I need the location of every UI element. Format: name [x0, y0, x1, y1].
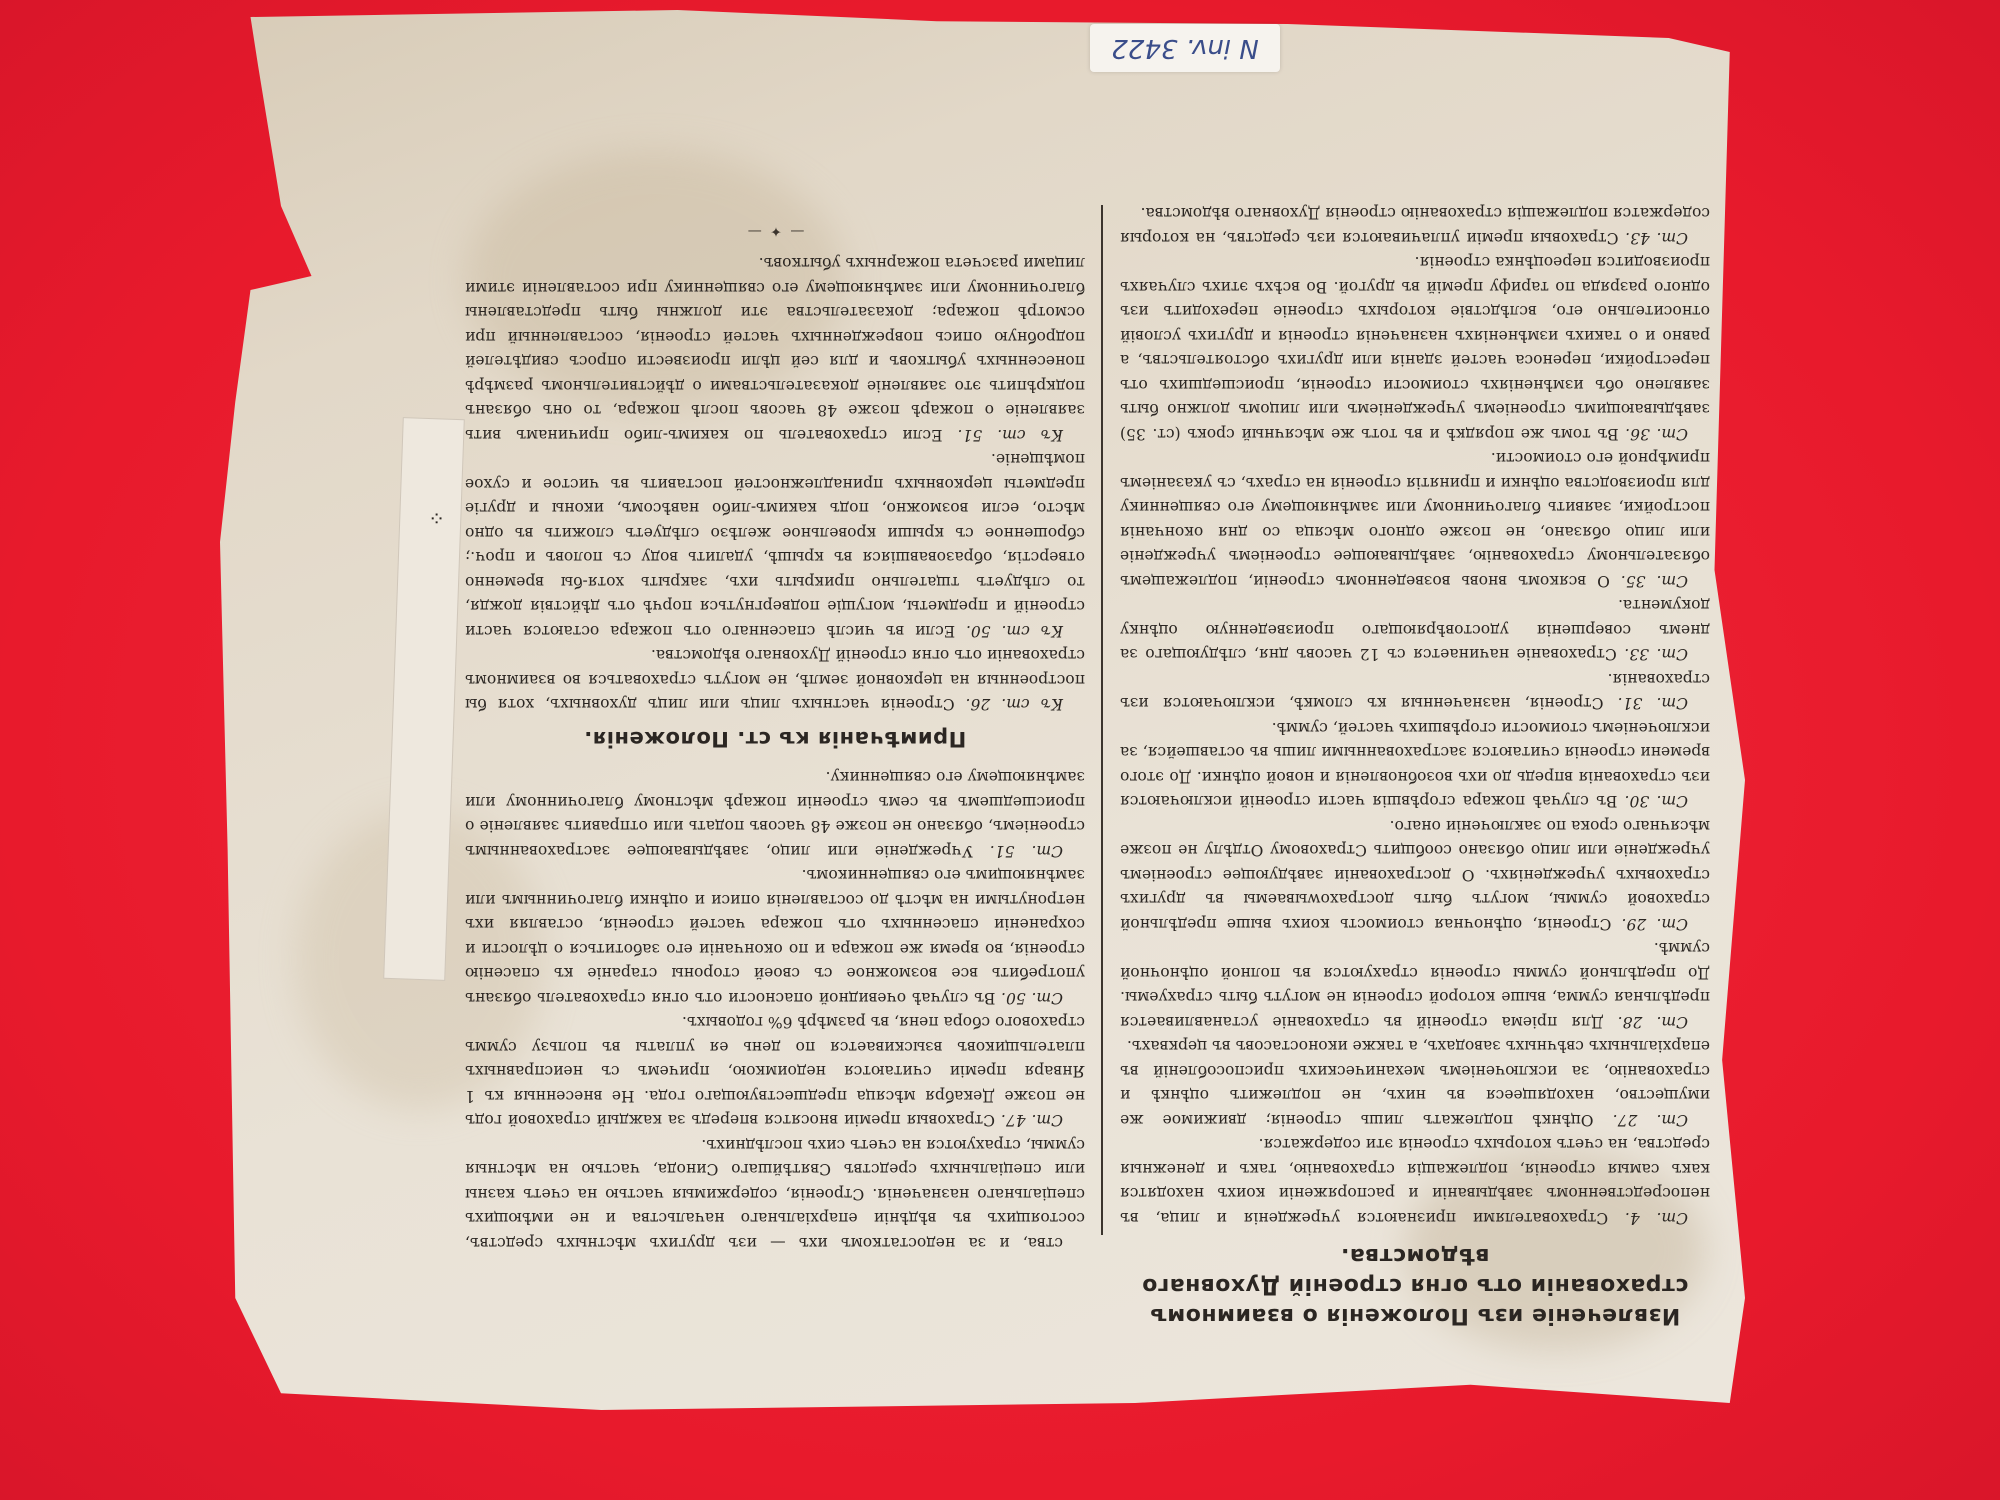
border-ornament-fragment: ⁘ — [428, 506, 445, 530]
article-text: Въ томъ же порядкѣ и въ тотъ же мѣсячный… — [1120, 254, 1710, 444]
column-articles: Извлеченіе изъ Положенія о взаимномъ стр… — [1120, 201, 1710, 1330]
article-paragraph: Ст. 35. О всякомъ вновь возведенномъ стр… — [1120, 446, 1710, 593]
article-paragraph: Ст. 47. Страховыя преміи вносятся вперед… — [465, 1010, 1085, 1133]
article-number: Ст. 31. — [1604, 695, 1688, 713]
article-number: Къ ст. 26. — [955, 696, 1063, 714]
articles-continued: ства, и за недостаткомъ ихъ — изъ других… — [465, 765, 1085, 1255]
articles-list: Ст. 4. Страхователями признаются учрежде… — [1120, 201, 1710, 1230]
article-number: Ст. 51. — [973, 842, 1063, 860]
notes-heading: Примѣчанія къ ст. Положенія. — [465, 727, 1085, 752]
article-paragraph: Ст. 43. Страховыя преміи уплачиваются из… — [1120, 201, 1710, 250]
article-text: Въ случаѣ очевидной опасности отъ огня с… — [465, 867, 1085, 1008]
article-number: Къ ст. 51. — [942, 426, 1063, 444]
column-notes: ства, и за недостаткомъ ихъ — изъ других… — [465, 219, 1085, 1256]
ornament-divider: — ✦ — — [465, 219, 1085, 244]
notes-list: Къ ст. 26. Строенія частныхъ лицъ или ли… — [465, 251, 1085, 717]
article-number: Ст. 43. — [1618, 229, 1688, 247]
article-paragraph: Ст. 28. Для пріема строеній въ страхован… — [1120, 936, 1710, 1034]
article-text: ства, и за недостаткомъ ихъ — изъ других… — [465, 1136, 1085, 1252]
article-number: Ст. 50. — [995, 989, 1063, 1007]
article-number: Къ ст. 50. — [955, 622, 1063, 640]
inventory-label: N inv. 3422 — [1090, 24, 1280, 72]
article-paragraph: Ст. 4. Страхователями признаются учрежде… — [1120, 1132, 1710, 1230]
article-paragraph: Къ ст. 26. Строенія частныхъ лицъ или ли… — [465, 643, 1085, 717]
article-paragraph: Къ ст. 51. Если страхователь по какимъ-л… — [465, 251, 1085, 447]
article-paragraph: Ст. 29. Строенія, оцѣночная стоимость ко… — [1120, 814, 1710, 937]
article-paragraph: Ст. 36. Въ томъ же порядкѣ и въ тотъ же … — [1120, 250, 1710, 446]
article-text: Если въ числѣ спасеннаго отъ пожара оста… — [465, 451, 1085, 641]
article-number: Ст. 33. — [1617, 646, 1688, 664]
document-title: Извлеченіе изъ Положенія о взаимномъ стр… — [1120, 1240, 1710, 1330]
article-paragraph: Ст. 50. Въ случаѣ очевидной опасности от… — [465, 863, 1085, 1010]
document-page: Извлеченіе изъ Положенія о взаимномъ стр… — [220, 10, 1745, 1410]
article-number: Ст. 47. — [995, 1112, 1063, 1130]
article-paragraph: Ст. 31. Строенія, назначенныя къ сломкѣ,… — [1120, 667, 1710, 716]
article-paragraph: Ст. 33. Страхованіе начинается съ 12 час… — [1120, 593, 1710, 667]
article-paragraph: Ст. 51. Учрежденіе или лицо, завѣдывающе… — [465, 765, 1085, 863]
article-paragraph: Ст. 27. Оцѣнкѣ подлежатъ лишь строенія; … — [1120, 1034, 1710, 1132]
article-number: Ст. 29. — [1611, 915, 1688, 933]
article-number: Ст. 30. — [1617, 793, 1688, 811]
article-text: Если страхователь по какимъ-либо причина… — [465, 255, 1085, 445]
column-divider — [1102, 205, 1104, 1235]
article-number: Ст. 28. — [1604, 1013, 1688, 1031]
article-paragraph: Къ ст. 50. Если въ числѣ спасеннаго отъ … — [465, 447, 1085, 643]
article-number: Ст. 27. — [1594, 1111, 1688, 1129]
article-number: Ст. 4. — [1608, 1209, 1688, 1227]
article-text: О всякомъ вновь возведенномъ строеніи, п… — [1120, 450, 1710, 591]
article-number: Ст. 35. — [1610, 572, 1688, 590]
article-text: Страховыя преміи вносятся впередъ за каж… — [465, 1014, 1085, 1130]
article-number: Ст. 36. — [1619, 425, 1688, 443]
article-paragraph: Ст. 30. Въ случаѣ пожара сгорѣвшія части… — [1120, 716, 1710, 814]
article-paragraph: ства, и за недостаткомъ ихъ — изъ других… — [465, 1133, 1085, 1256]
